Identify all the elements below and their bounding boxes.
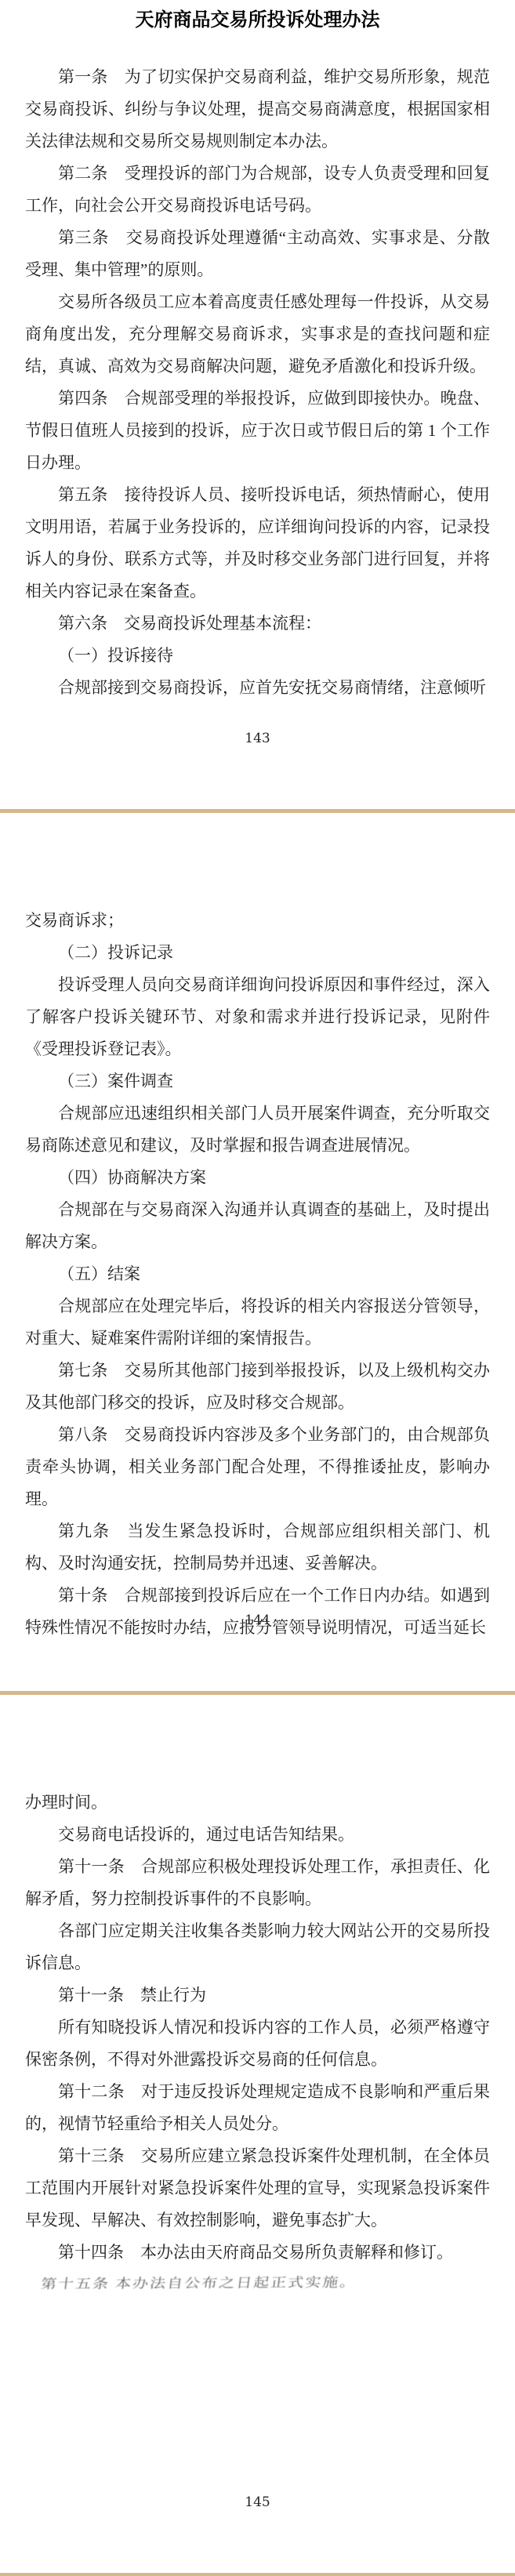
paragraph: （一）投诉接待 [25,640,490,672]
paragraph: 交易所各级员工应本着高度责任感处理每一件投诉，从交易商角度出发，充分理解交易商诉… [25,286,490,383]
paragraph: 第二条 受理投诉的部门为合规部，设专人负责受理和回复工作，向社会公开交易商投诉电… [25,158,490,222]
paragraph: 合规部应迅速组织相关部门人员开展案件调查，充分听取交易商陈述意见和建议，及时掌握… [25,1098,490,1162]
paragraph: 办理时间。 [25,1787,490,1819]
paragraph: 第九条 当发生紧急投诉时，合规部应组织相关部门、机构、及时沟通安抚，控制局势并迅… [25,1515,490,1580]
page-number-143: 143 [0,731,515,746]
paragraph: 第六条 交易商投诉处理基本流程： [25,608,490,640]
document-page-144: 交易商诉求；（二）投诉记录投诉受理人员向交易商详细询问投诉原因和事件经过，深入了… [0,813,515,1691]
paragraph: 交易商电话投诉的，通过电话告知结果。 [25,1819,490,1851]
paragraph: 各部门应定期关注收集各类影响力较大网站公开的交易所投诉信息。 [25,1915,490,1979]
page-body-145: 办理时间。交易商电话投诉的，通过电话告知结果。第十一条 合规部应积极处理投诉处理… [25,1787,490,2301]
page-number-145: 145 [0,2494,515,2510]
document-title: 天府商品交易所投诉处理办法 [25,8,490,33]
paragraph: 合规部应在处理完毕后，将投诉的相关内容报送分管领导，对重大、疑难案件需附详细的案… [25,1290,490,1355]
document-page-145: 办理时间。交易商电话投诉的，通过电话告知结果。第十一条 合规部应积极处理投诉处理… [0,1695,515,2573]
paragraph: 第十二条 对于违反投诉处理规定造成不良影响和严重后果的，视情节轻重给予相关人员处… [25,2076,490,2140]
paragraph: （三）案件调查 [25,1065,490,1098]
paragraph: 第三条 交易商投诉处理遵循“主动高效、实事求是、分散受理、集中管理”的原则。 [25,222,490,286]
paragraph: 第十条 合规部接到投诉后应在一个工作日内办结。如遇到特殊性情况不能按时办结，应报… [25,1580,490,1644]
paragraph: 第十五条 本办法自公布之日起正式实施。 [24,2269,491,2298]
page-divider [0,2573,515,2576]
paragraph: 第五条 接待投诉人员、接听投诉电话，须热情耐心，使用文明用语，若属于业务投诉的，… [25,479,490,608]
document-page-143: 天府商品交易所投诉处理办法 第一条 为了切实保护交易商利益，维护交易所形象，规范… [0,0,515,809]
paragraph: 合规部接到交易商投诉，应首先安抚交易商情绪，注意倾听 [25,672,490,704]
paragraph: 第一条 为了切实保护交易商利益，维护交易所形象，规范交易商投诉、纠纷与争议处理，… [25,61,490,158]
page-body-143: 第一条 为了切实保护交易商利益，维护交易所形象，规范交易商投诉、纠纷与争议处理，… [25,61,490,704]
paragraph: 第八条 交易商投诉内容涉及多个业务部门的，由合规部负责牵头协调，相关业务部门配合… [25,1419,490,1515]
page-number-144: 144 [0,1613,515,1628]
paragraph: 第十一条 合规部应积极处理投诉处理工作，承担责任、化解矛盾，努力控制投诉事件的不… [25,1851,490,1915]
paragraph: 第七条 交易所其他部门接到举报投诉，以及上级机构交办及其他部门移交的投诉，应及时… [25,1355,490,1419]
paragraph: 第十三条 交易所应建立紧急投诉案件处理机制，在全体员工范围内开展针对紧急投诉案件… [25,2140,490,2237]
paragraph: 合规部在与交易商深入沟通并认真调查的基础上，及时提出解决方案。 [25,1194,490,1258]
paragraph: （四）协商解决方案 [25,1162,490,1194]
page-body-144: 交易商诉求；（二）投诉记录投诉受理人员向交易商详细询问投诉原因和事件经过，深入了… [25,905,490,1644]
paragraph: 第十四条 本办法由天府商品交易所负责解释和修订。 [25,2237,490,2269]
paragraph: （五）结案 [25,1258,490,1290]
paragraph: 所有知晓投诉人情况和投诉内容的工作人员，必须严格遵守保密条例，不得对外泄露投诉交… [25,2012,490,2076]
document: 天府商品交易所投诉处理办法 第一条 为了切实保护交易商利益，维护交易所形象，规范… [0,0,515,2576]
paragraph: 投诉受理人员向交易商详细询问投诉原因和事件经过，深入了解客户投诉关键环节、对象和… [25,969,490,1065]
paragraph: 第十一条 禁止行为 [25,1979,490,2012]
paragraph: 交易商诉求； [25,905,490,937]
paragraph: （二）投诉记录 [25,937,490,969]
paragraph: 第四条 合规部受理的举报投诉，应做到即接快办。晚盘、节假日值班人员接到的投诉，应… [25,383,490,479]
